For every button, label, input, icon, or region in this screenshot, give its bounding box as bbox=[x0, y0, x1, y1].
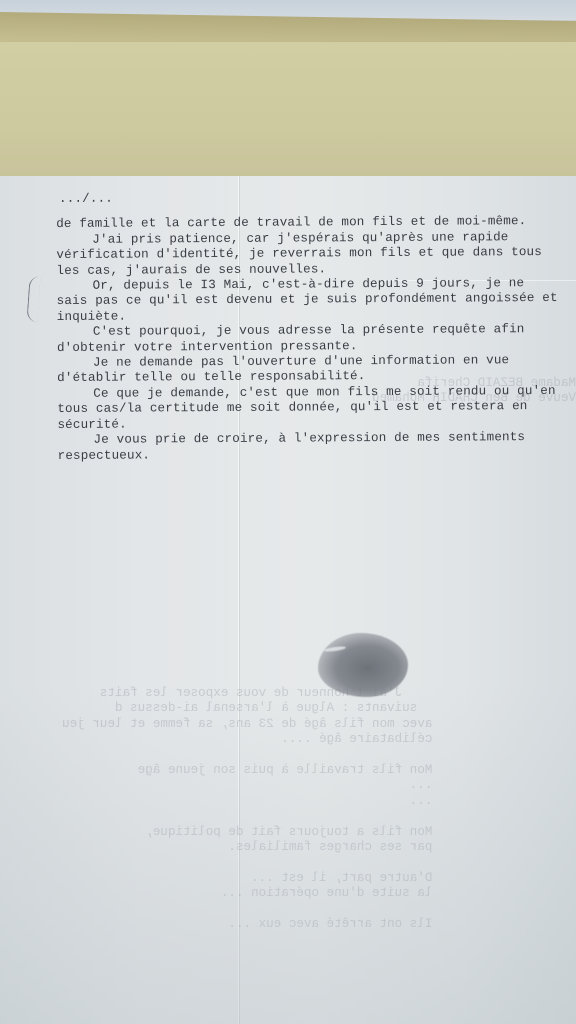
paragraph-list: de famille et la carte de travail de mon… bbox=[56, 214, 576, 464]
text-line: vérification d'identité, je reverrais mo… bbox=[56, 245, 576, 264]
paragraph-p6: Je vous prie de croire, à l'expression d… bbox=[57, 430, 576, 464]
paragraph-p1: J'ai pris patience, car j'espérais qu'ap… bbox=[56, 230, 576, 279]
handwritten-bracket-mark bbox=[26, 276, 40, 323]
paragraph-p4: Je ne demande pas l'ouverture d'une info… bbox=[57, 353, 576, 387]
text-line: tous cas/la certitude me soit donnée, qu… bbox=[57, 399, 576, 418]
letter-body: .../... de famille et la carte de travai… bbox=[56, 189, 576, 464]
fingerprint-signature bbox=[318, 633, 408, 697]
manila-folder bbox=[0, 42, 576, 180]
text-line: respectueux. bbox=[58, 445, 576, 464]
text-line: C'est pourquoi, je vous adresse la prése… bbox=[57, 322, 576, 341]
text-line: sais pas ce qu'il est devenu et je suis … bbox=[57, 291, 576, 310]
continuation-mark: .../... bbox=[56, 189, 576, 208]
paragraph-p5: Ce que je demande, c'est que mon fils me… bbox=[57, 384, 576, 433]
paragraph-p3: C'est pourquoi, je vous adresse la prése… bbox=[57, 322, 576, 356]
paragraph-p2: Or, depuis le I3 Mai, c'est-à-dire depui… bbox=[57, 276, 576, 325]
text-line: Je vous prie de croire, à l'expression d… bbox=[57, 430, 576, 449]
bleed-through-text-body: J'ai l'honneur de vous exposer les faits… bbox=[0, 686, 576, 933]
letter-page: Madame BEZAID Cherifa Veuve de Ben CHADI… bbox=[0, 176, 576, 1024]
